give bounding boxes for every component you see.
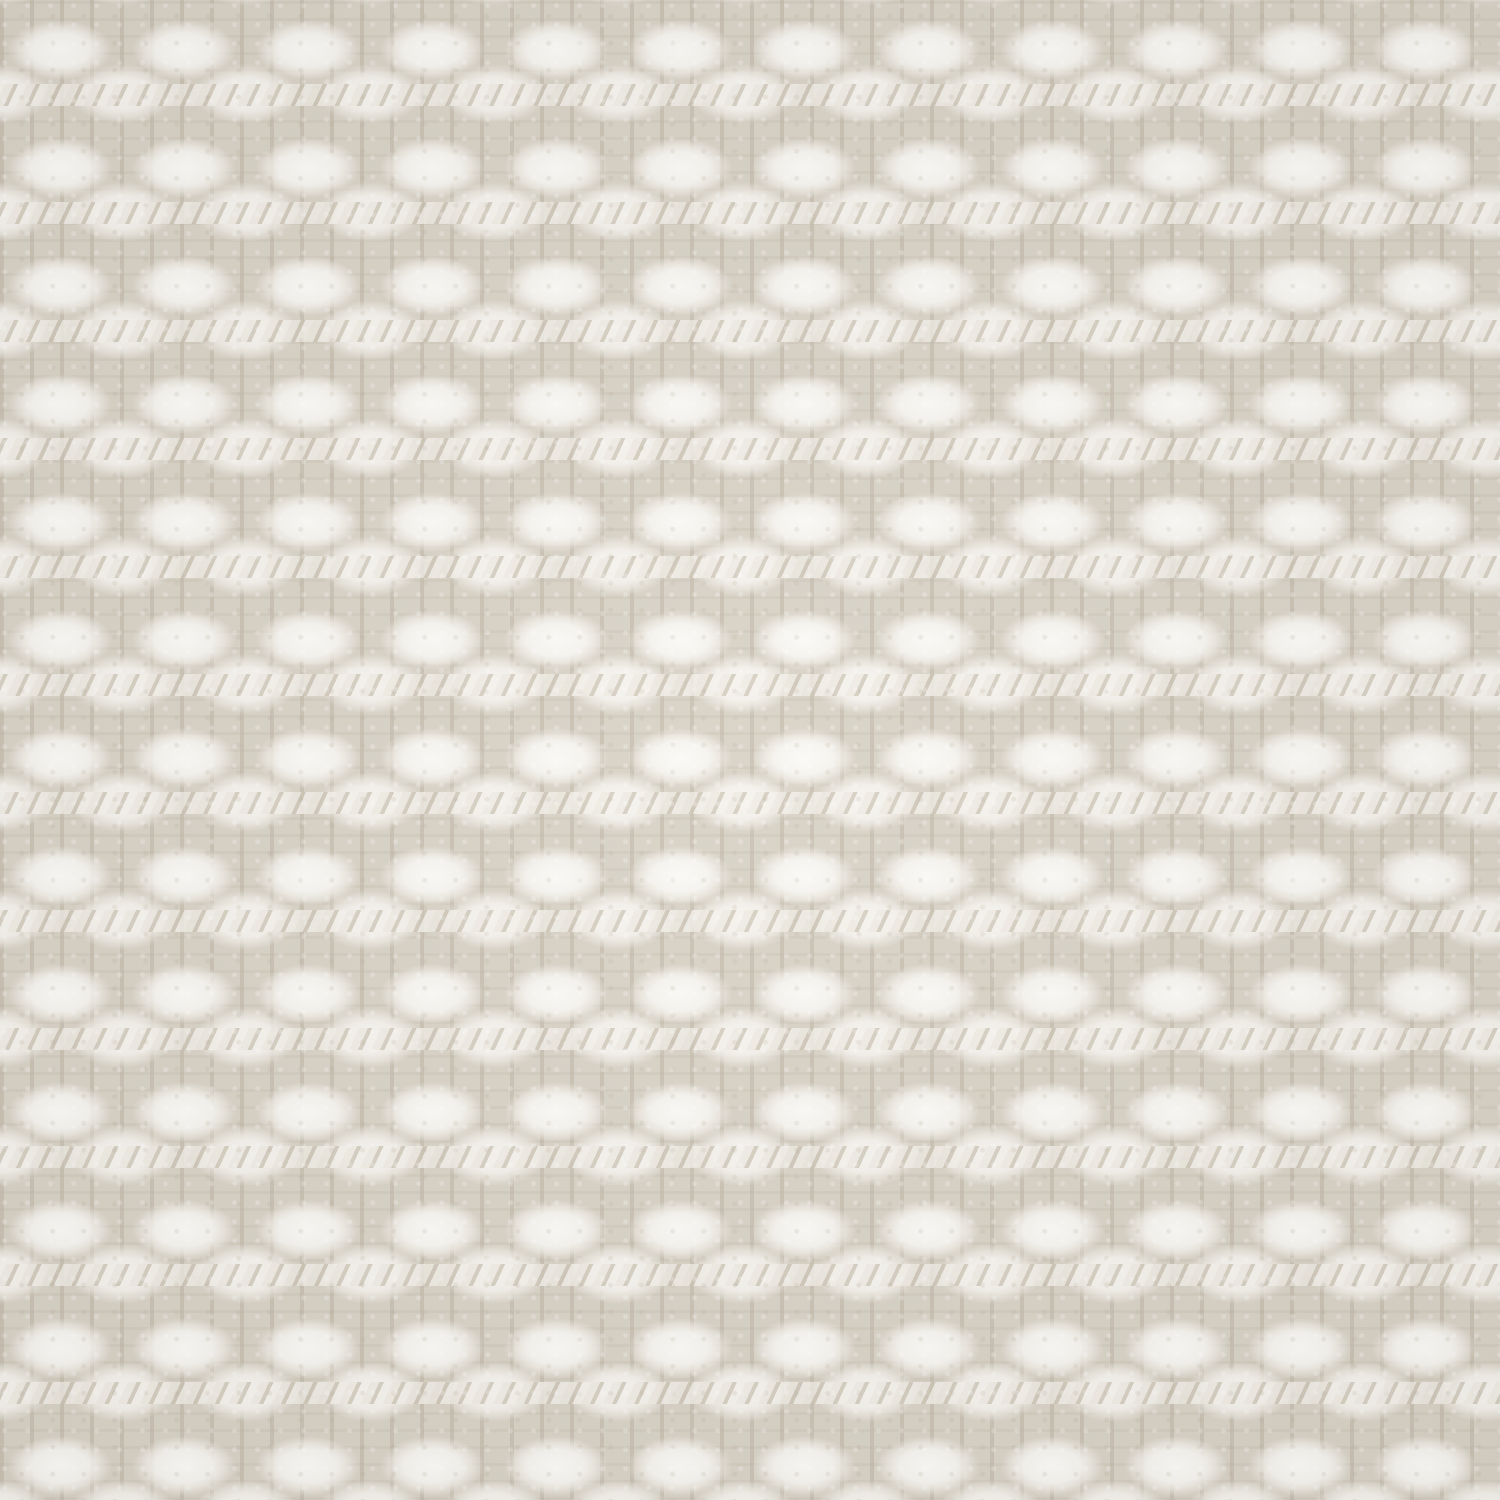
fabric-texture-photo [0, 0, 1500, 1500]
lighting-overlay [0, 0, 1500, 1500]
